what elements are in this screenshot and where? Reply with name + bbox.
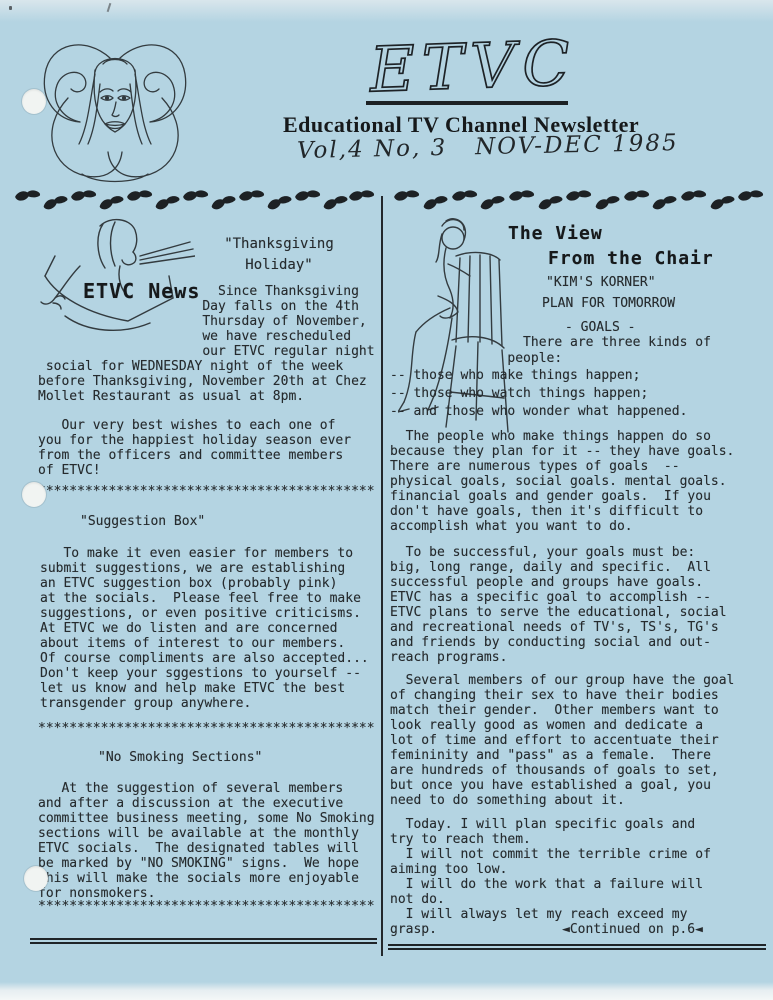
goals-subheading: - GOALS - xyxy=(565,320,635,335)
thanksgiving-holiday-label: "Thanksgiving Holiday" xyxy=(203,234,355,276)
hole-punch-bottom xyxy=(24,866,48,891)
scan-top-edge xyxy=(0,0,773,26)
bird-border-left xyxy=(13,186,375,214)
hole-punch-top xyxy=(22,89,46,114)
no-smoking-paragraph: At the suggestion of several members and… xyxy=(38,781,375,901)
chair-paragraph-2: To be successful, your goals must be: bi… xyxy=(390,545,727,665)
hole-punch-middle xyxy=(22,482,46,507)
column-divider xyxy=(381,196,383,956)
view-from-chair-heading-line2: From the Chair xyxy=(548,248,714,269)
suggestion-box-heading: "Suggestion Box" xyxy=(80,514,205,529)
chair-paragraph-4: Today. I will plan specific goals and tr… xyxy=(390,817,711,937)
etvc-script-text: ETVC xyxy=(368,30,578,104)
bird-border-right xyxy=(392,186,764,214)
asterisk-divider: ****************************************… xyxy=(38,721,375,736)
goals-list: -- those who make things happen; -- thos… xyxy=(390,367,687,421)
logo-underline-rule xyxy=(366,101,568,105)
scan-speck xyxy=(9,6,12,10)
etvc-news-paragraph-1: Since Thanksgiving Day falls on the 4th … xyxy=(38,284,375,404)
chair-paragraph-1: The people who make things happen do so … xyxy=(390,429,734,534)
plan-for-tomorrow-subheading: PLAN FOR TOMORROW xyxy=(542,296,675,311)
scan-bottom-edge xyxy=(0,982,773,1000)
etvc-news-paragraph-2: Our very best wishes to each one of you … xyxy=(38,418,351,478)
etvc-script-logo: ETVC xyxy=(366,30,581,104)
right-column-bottom-rule xyxy=(388,944,766,950)
view-from-chair-heading-line1: The View xyxy=(508,223,603,244)
continued-on-page-6: ◄Continued on p.6◄ xyxy=(562,922,703,937)
newsletter-page: ETVC Educational TV Channel Newsletter V… xyxy=(0,0,773,1000)
asterisk-divider: ****************************************… xyxy=(38,899,375,914)
left-column-bottom-rule xyxy=(30,938,377,944)
chair-paragraph-3: Several members of our group have the go… xyxy=(390,673,734,808)
asterisk-divider: ****************************************… xyxy=(38,484,375,499)
woman-face-logo xyxy=(24,32,206,186)
no-smoking-heading: "No Smoking Sections" xyxy=(98,750,262,765)
suggestion-box-paragraph: To make it even easier for members to su… xyxy=(40,546,369,711)
kims-korner-subheading: "KIM'S KORNER" xyxy=(546,275,656,290)
goals-intro: There are three kinds of people: xyxy=(390,335,711,367)
